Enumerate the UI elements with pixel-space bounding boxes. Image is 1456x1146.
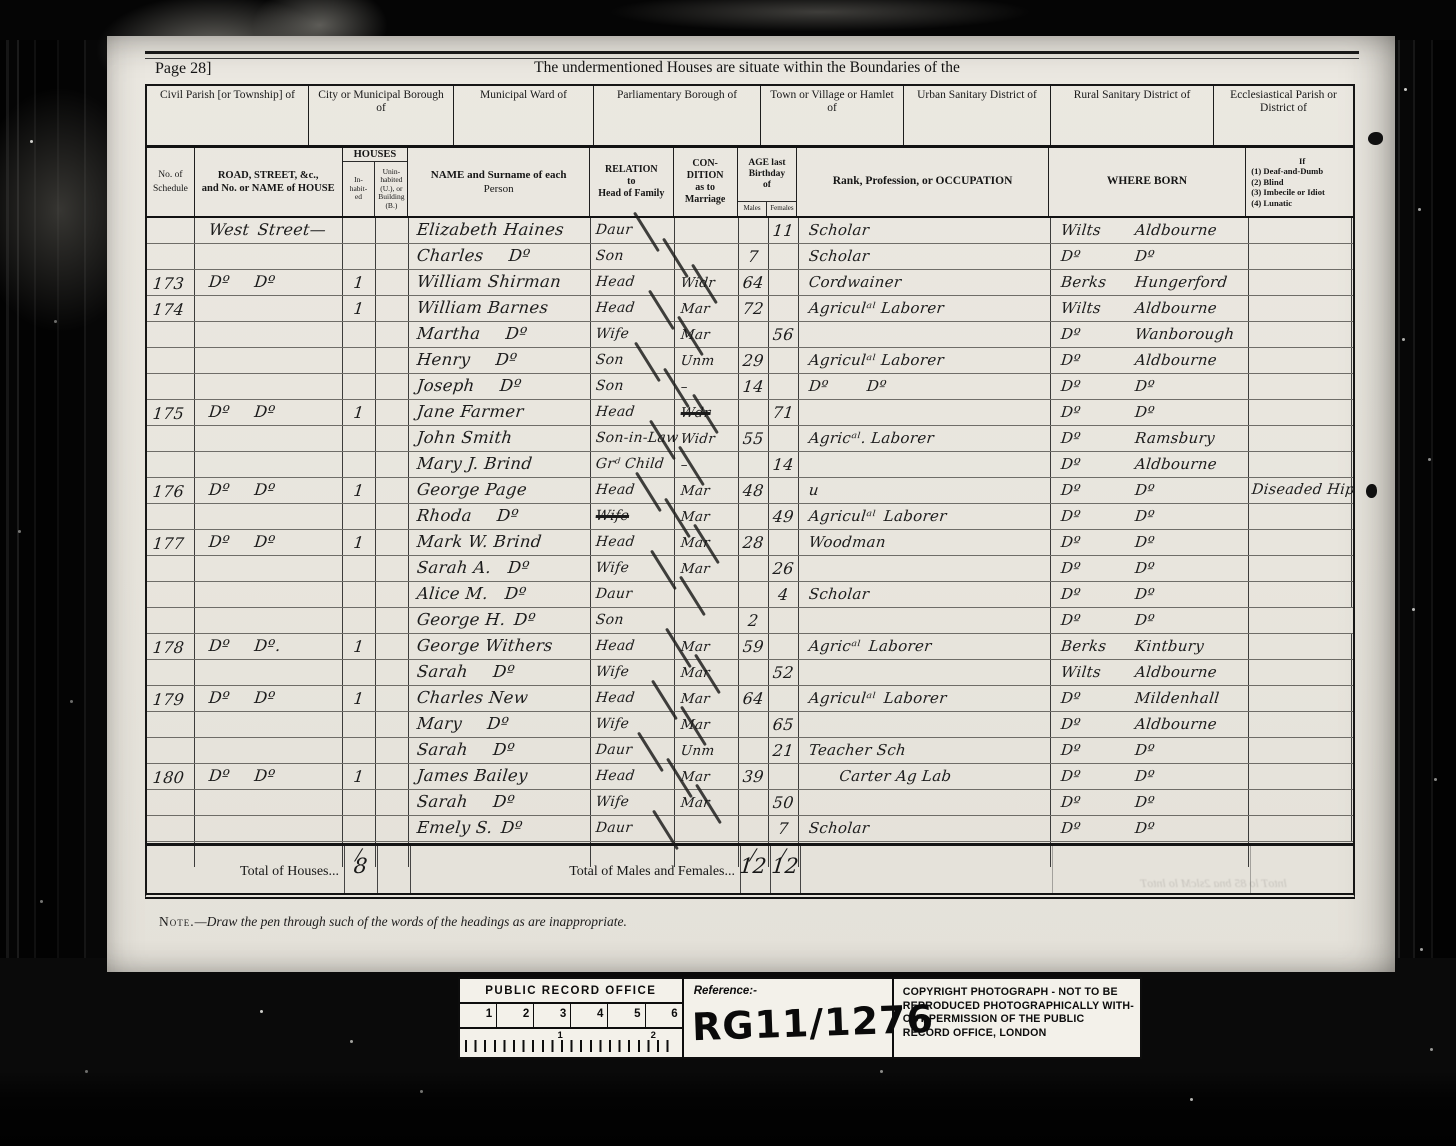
column-header-where-born: WHERE BORN <box>1049 148 1247 216</box>
cell-occ: Dº Dº <box>799 374 1051 399</box>
cell-rel: Son <box>591 348 675 373</box>
cell-cond: – <box>675 374 739 399</box>
pro-scale-box: PUBLIC RECORD OFFICE 123456 1 2 <box>460 979 682 1057</box>
cell-ageF <box>769 348 799 373</box>
houses-title: HOUSES <box>343 148 408 162</box>
cell-ageM <box>739 816 769 841</box>
cell-uninhab <box>376 478 409 503</box>
cell-ageM <box>739 452 769 477</box>
cell-occ: Woodman <box>799 530 1051 555</box>
cell-infirm <box>1249 790 1352 815</box>
cell-ageF <box>769 270 799 295</box>
cell-rel: Son-in-Law <box>591 426 675 451</box>
cell-name: Sarah A. Dº <box>409 556 591 581</box>
cell-road <box>195 608 343 633</box>
cell-born: DºMildenhall <box>1051 686 1249 711</box>
cell-inhab <box>343 816 376 841</box>
cell-inhab <box>343 504 376 529</box>
census-row-9: Mary J. BrindGrᵈ Child–14DºAldbourne <box>147 452 1353 478</box>
pro-office-name: PUBLIC RECORD OFFICE <box>460 979 682 1002</box>
district-header-1: City or Municipal Borough of <box>309 86 454 145</box>
cell-occ: Scholar <box>799 218 1051 243</box>
cell-ageF <box>769 634 799 659</box>
cell-sched <box>147 504 195 529</box>
cell-ageF: 52 <box>769 660 799 685</box>
cell-rel: Head <box>591 400 675 425</box>
cell-born: BerksHungerford <box>1051 270 1249 295</box>
cell-sched <box>147 556 195 581</box>
cell-road: West Street— <box>195 218 343 243</box>
cell-uninhab <box>376 270 409 295</box>
census-row-6: Joseph DºSon–14Dº DºDºDº <box>147 374 1353 400</box>
cell-ageM <box>739 582 769 607</box>
cell-uninhab <box>376 374 409 399</box>
cell-uninhab <box>376 218 409 243</box>
cell-sched <box>147 218 195 243</box>
cell-ageF <box>769 608 799 633</box>
cell-born: DºDº <box>1051 582 1249 607</box>
ruler-inch-1: 1 <box>558 1030 563 1041</box>
cell-road <box>195 348 343 373</box>
cell-ageF <box>769 764 799 789</box>
film-edge-top <box>0 0 1456 40</box>
cell-sched <box>147 608 195 633</box>
cell-occ <box>799 712 1051 737</box>
cell-occ <box>799 400 1051 425</box>
cell-ageM <box>739 556 769 581</box>
cell-cond: Unm <box>675 348 739 373</box>
cell-sched: 178 <box>147 634 195 659</box>
cell-cond: Mar <box>675 530 739 555</box>
cell-ageF <box>769 686 799 711</box>
cell-infirm <box>1249 400 1352 425</box>
total-houses-value: 8 <box>343 854 379 878</box>
cell-rel: Son <box>591 374 675 399</box>
cell-infirm <box>1249 426 1352 451</box>
cell-occ: Agriculᵃˡ Laborer <box>799 686 1051 711</box>
reference-label: Reference:- <box>694 985 757 997</box>
cell-infirm <box>1249 764 1352 789</box>
district-header-7: Ecclesiastical Parish or District of <box>1214 86 1353 145</box>
census-row-1: Charles DºSon7ScholarDºDº <box>147 244 1353 270</box>
cell-sched <box>147 452 195 477</box>
cell-born: DºDº <box>1051 738 1249 763</box>
film-specks-right <box>1404 88 1407 91</box>
cell-road <box>195 738 343 763</box>
cell-cond: Widr <box>675 270 739 295</box>
footnote-prefix: Note. <box>159 914 195 929</box>
copyright-text-line: RECORD OFFICE, LONDON <box>903 1027 1134 1041</box>
cell-ageF <box>769 530 799 555</box>
cell-cond: Mar <box>675 322 739 347</box>
cell-uninhab <box>376 790 409 815</box>
pro-ruler: 1 2 <box>460 1029 682 1057</box>
census-row-8: John SmithSon-in-LawWidr55Agricᵃˡ. Labor… <box>147 426 1353 452</box>
cell-infirm <box>1249 738 1352 763</box>
cell-inhab: 1 <box>343 530 376 555</box>
cell-road <box>195 660 343 685</box>
cell-rel: Head <box>591 686 675 711</box>
cell-cond <box>675 218 739 243</box>
cell-ageM <box>739 738 769 763</box>
cell-born: DºDº <box>1051 556 1249 581</box>
cell-ageF: 4 <box>769 582 799 607</box>
cell-rel: Daur <box>591 816 675 841</box>
cell-rel: Daur <box>591 218 675 243</box>
census-row-17: Sarah DºWifeMar52WiltsAldbourne <box>147 660 1353 686</box>
cell-cond: Unm <box>675 738 739 763</box>
form-title: The undermentioned Houses are situate wi… <box>463 59 1031 77</box>
cell-rel: Wife <box>591 790 675 815</box>
cell-infirm <box>1249 712 1352 737</box>
cell-ageM: 55 <box>739 426 769 451</box>
census-row-2: 173Dº Dº1William ShirmanHeadWidr64Cordwa… <box>147 270 1353 296</box>
cell-road: Dº Dº <box>195 478 343 503</box>
cell-born: BerksKintbury <box>1051 634 1249 659</box>
cell-name: William Barnes <box>409 296 591 321</box>
cell-uninhab <box>376 504 409 529</box>
cell-name: Charles Dº <box>409 244 591 269</box>
film-specks-bottom <box>260 1010 263 1013</box>
cell-occ: Agriculᵃˡ Laborer <box>799 504 1051 529</box>
column-header-males: Males <box>738 202 768 216</box>
total-females-value: 12 <box>769 854 802 878</box>
cell-ageF: 14 <box>769 452 799 477</box>
scale-number: 2 <box>497 1004 534 1027</box>
cell-ageM <box>739 712 769 737</box>
cell-name: George Page <box>409 478 591 503</box>
district-header-0: Civil Parish [or Township] of <box>147 86 309 145</box>
cell-sched: 173 <box>147 270 195 295</box>
cell-born: WiltsAldbourne <box>1051 660 1249 685</box>
cell-born: WiltsAldbourne <box>1051 296 1249 321</box>
cell-inhab: 1 <box>343 296 376 321</box>
cell-born: DºWanborough <box>1051 322 1249 347</box>
cell-ageF: 7 <box>769 816 799 841</box>
cell-ageM: 39 <box>739 764 769 789</box>
cell-inhab <box>343 660 376 685</box>
cell-inhab <box>343 608 376 633</box>
cell-occ: u <box>799 478 1051 503</box>
cell-ageM <box>739 790 769 815</box>
cell-born: DºRamsbury <box>1051 426 1249 451</box>
copyright-text-line: REPRODUCED PHOTOGRAPHICALLY WITH- <box>903 1000 1134 1014</box>
scale-number: 4 <box>571 1004 608 1027</box>
column-header-condition: CON-DITIONas toMarriage <box>674 148 738 216</box>
copyright-text-line: OUT PERMISSION OF THE PUBLIC <box>903 1013 1134 1027</box>
cell-inhab: 1 <box>343 764 376 789</box>
census-photograph: Page 28] The undermentioned Houses are s… <box>0 0 1456 1146</box>
cell-name: George Withers <box>409 634 591 659</box>
cell-occ: Agriculᵃˡ Laborer <box>799 296 1051 321</box>
cell-ageM <box>739 400 769 425</box>
cell-occ: Cordwainer <box>799 270 1051 295</box>
column-header-houses: HOUSES In-habit-ed Unin-habited(U.), orB… <box>343 148 409 216</box>
cell-name: Emely S. Dº <box>409 816 591 841</box>
ruler-inch-2: 2 <box>651 1030 656 1041</box>
ink-blot <box>1368 132 1383 145</box>
cell-infirm <box>1249 634 1352 659</box>
pro-copyright-box: COPYRIGHT PHOTOGRAPH - NOT TO BEREPRODUC… <box>892 979 1140 1057</box>
cell-infirm <box>1249 530 1352 555</box>
cell-road <box>195 244 343 269</box>
cell-ageM: 72 <box>739 296 769 321</box>
census-row-14: Alice M. DºDaur4ScholarDºDº <box>147 582 1353 608</box>
cell-name: Mark W. Brind <box>409 530 591 555</box>
cell-occ <box>799 608 1051 633</box>
cell-cond: Mar <box>675 478 739 503</box>
cell-infirm <box>1249 556 1352 581</box>
cell-name: James Bailey <box>409 764 591 789</box>
cell-inhab <box>343 790 376 815</box>
census-page: Page 28] The undermentioned Houses are s… <box>107 36 1395 972</box>
cell-uninhab <box>376 764 409 789</box>
scale-number: 3 <box>534 1004 571 1027</box>
cell-infirm <box>1249 270 1352 295</box>
cell-ageF: 26 <box>769 556 799 581</box>
totals-row: Total of Houses... 8 Total of Males and … <box>145 843 1355 899</box>
film-specks-left <box>30 140 33 143</box>
cell-name: George H. Dº <box>409 608 591 633</box>
cell-road <box>195 790 343 815</box>
cell-name: Alice M. Dº <box>409 582 591 607</box>
ink-blot <box>1366 484 1377 498</box>
column-header-band: No. ofSchedule ROAD, STREET, &c.,and No.… <box>145 148 1355 218</box>
census-row-5: Henry DºSonUnm29Agriculᵃˡ LaborerDºAldbo… <box>147 348 1353 374</box>
cell-name: Jane Farmer <box>409 400 591 425</box>
cell-born: DºAldbourne <box>1051 348 1249 373</box>
cell-ageM <box>739 660 769 685</box>
cell-sched <box>147 374 195 399</box>
cell-born: DºDº <box>1051 374 1249 399</box>
cell-road <box>195 582 343 607</box>
cell-ageM <box>739 218 769 243</box>
cell-name: Mary Dº <box>409 712 591 737</box>
census-row-11: Rhoda DºWifeMar49Agriculᵃˡ LaborerDºDº <box>147 504 1353 530</box>
cell-name: Sarah Dº <box>409 738 591 763</box>
cell-rel: Wife <box>591 660 675 685</box>
cell-rel: Head <box>591 478 675 503</box>
cell-inhab: 1 <box>343 270 376 295</box>
cell-infirm <box>1249 374 1352 399</box>
cell-born: DºDº <box>1051 244 1249 269</box>
cell-cond: Widr <box>675 426 739 451</box>
cell-ageM: 2 <box>739 608 769 633</box>
cell-sched: 177 <box>147 530 195 555</box>
cell-born: WiltsAldbourne <box>1051 218 1249 243</box>
cell-sched <box>147 790 195 815</box>
cell-ageM <box>739 322 769 347</box>
cell-ageF: 56 <box>769 322 799 347</box>
census-row-15: George H. DºSon2DºDº <box>147 608 1353 634</box>
cell-inhab: 1 <box>343 634 376 659</box>
cell-uninhab <box>376 426 409 451</box>
cell-name: Henry Dº <box>409 348 591 373</box>
cell-ageF: 71 <box>769 400 799 425</box>
cell-occ: Teacher Sch <box>799 738 1051 763</box>
cell-name: Joseph Dº <box>409 374 591 399</box>
cell-born: DºAldbourne <box>1051 452 1249 477</box>
cell-name: Sarah Dº <box>409 660 591 685</box>
cell-name: Charles New <box>409 686 591 711</box>
cell-occ: Agricᵃˡ Laborer <box>799 634 1051 659</box>
scale-number: 5 <box>608 1004 645 1027</box>
cell-rel: Son <box>591 608 675 633</box>
cell-uninhab <box>376 296 409 321</box>
cell-uninhab <box>376 322 409 347</box>
cell-born: DºDº <box>1051 530 1249 555</box>
cell-inhab <box>343 322 376 347</box>
cell-infirm <box>1249 608 1352 633</box>
cell-sched <box>147 348 195 373</box>
cell-sched <box>147 582 195 607</box>
census-row-13: Sarah A. DºWifeMar26DºDº <box>147 556 1353 582</box>
cell-ageF: 50 <box>769 790 799 815</box>
cell-occ <box>799 660 1051 685</box>
cell-cond: – <box>675 452 739 477</box>
cell-inhab <box>343 426 376 451</box>
district-header-4: Town or Village or Hamlet of <box>761 86 904 145</box>
column-header-schedule: No. ofSchedule <box>147 148 195 216</box>
cell-ageM: 14 <box>739 374 769 399</box>
cell-inhab <box>343 712 376 737</box>
cell-inhab <box>343 452 376 477</box>
cell-ageM: 48 <box>739 478 769 503</box>
census-row-0: West Street—Elizabeth HainesDaur11Schola… <box>147 218 1353 244</box>
cell-uninhab <box>376 244 409 269</box>
district-header-band: Civil Parish [or Township] ofCity or Mun… <box>145 84 1355 148</box>
cell-name: William Shirman <box>409 270 591 295</box>
cell-inhab <box>343 244 376 269</box>
cell-uninhab <box>376 348 409 373</box>
cell-occ <box>799 790 1051 815</box>
cell-infirm <box>1249 218 1352 243</box>
cell-rel: Head <box>591 530 675 555</box>
cell-road <box>195 556 343 581</box>
cell-occ <box>799 556 1051 581</box>
cell-inhab: 1 <box>343 686 376 711</box>
cell-road: Dº Dº <box>195 400 343 425</box>
cell-name: Rhoda Dº <box>409 504 591 529</box>
cell-uninhab <box>376 400 409 425</box>
cell-infirm <box>1249 686 1352 711</box>
cell-ageF <box>769 426 799 451</box>
column-header-inhabited: In-habit-ed <box>343 162 376 216</box>
ruler-ticks <box>465 1040 674 1052</box>
cell-occ <box>799 322 1051 347</box>
cell-infirm <box>1249 582 1352 607</box>
column-header-name: NAME and Surname of eachPerson <box>408 148 590 216</box>
cell-road <box>195 504 343 529</box>
cell-occ: Agriculᵃˡ Laborer <box>799 348 1051 373</box>
district-header-3: Parliamentary Borough of <box>594 86 761 145</box>
cell-cond: Mar <box>675 556 739 581</box>
census-row-12: 177Dº Dº1Mark W. BrindHeadMar28WoodmanDº… <box>147 530 1353 556</box>
census-row-21: 180Dº Dº1James BaileyHeadMar39 Carter Ag… <box>147 764 1353 790</box>
column-header-occupation: Rank, Profession, or OCCUPATION <box>797 148 1048 216</box>
cell-born: DºDº <box>1051 816 1249 841</box>
column-header-infirmity: If(1) Deaf-and-Dumb(2) Blind(3) Imbecile… <box>1246 148 1353 216</box>
cell-sched: 180 <box>147 764 195 789</box>
cell-ageF <box>769 478 799 503</box>
cell-uninhab <box>376 530 409 555</box>
cell-name: Elizabeth Haines <box>409 218 591 243</box>
scale-number: 6 <box>646 1004 682 1027</box>
cell-sched <box>147 738 195 763</box>
cell-cond: Wdr <box>675 400 739 425</box>
district-header-2: Municipal Ward of <box>454 86 594 145</box>
cell-uninhab <box>376 582 409 607</box>
column-header-females: Females <box>767 202 796 216</box>
cell-rel: Wife <box>591 712 675 737</box>
cell-uninhab <box>376 660 409 685</box>
cell-infirm <box>1249 348 1352 373</box>
cell-sched: 176 <box>147 478 195 503</box>
census-row-10: 176Dº Dº1George PageHeadMar48uDºDºDisead… <box>147 478 1353 504</box>
cell-cond: Mar <box>675 660 739 685</box>
column-header-age: AGE lastBirthdayof Males Females <box>738 148 798 216</box>
total-males-females-label: Total of Males and Females... <box>487 864 735 880</box>
cell-uninhab <box>376 712 409 737</box>
cell-inhab: 1 <box>343 400 376 425</box>
cell-ageM: 64 <box>739 270 769 295</box>
cell-born: DºDº <box>1051 608 1249 633</box>
cell-inhab <box>343 556 376 581</box>
column-header-uninhabited: Unin-habited(U.), orBuilding(B.) <box>375 162 407 216</box>
scale-number: 1 <box>460 1004 497 1027</box>
cell-name: Martha Dº <box>409 322 591 347</box>
cell-name: Sarah Dº <box>409 790 591 815</box>
cell-inhab <box>343 738 376 763</box>
top-rule <box>145 51 1359 59</box>
cell-inhab <box>343 374 376 399</box>
column-header-road: ROAD, STREET, &c.,and No. or NAME of HOU… <box>195 148 343 216</box>
cell-ageM: 64 <box>739 686 769 711</box>
cell-ageF <box>769 244 799 269</box>
cell-inhab: 1 <box>343 478 376 503</box>
cell-uninhab <box>376 686 409 711</box>
column-header-relation: RELATIONtoHead of Family <box>590 148 674 216</box>
cell-road <box>195 374 343 399</box>
cell-road: Dº Dº <box>195 764 343 789</box>
footnote-text: —Draw the pen through such of the words … <box>195 914 627 929</box>
cell-ageM: 7 <box>739 244 769 269</box>
cell-uninhab <box>376 816 409 841</box>
cell-sched <box>147 816 195 841</box>
cell-rel: Wife <box>591 504 675 529</box>
cell-inhab <box>343 582 376 607</box>
cell-born: DºDº <box>1051 400 1249 425</box>
footnote: Note.—Draw the pen through such of the w… <box>159 914 627 930</box>
cell-rel: Daur <box>591 738 675 763</box>
page-number: Page 28] <box>155 60 211 78</box>
cell-name: John Smith <box>409 426 591 451</box>
cell-road <box>195 426 343 451</box>
pro-reference-box: Reference:- RG11/1276 <box>682 979 892 1057</box>
cell-uninhab <box>376 452 409 477</box>
cell-ageF <box>769 374 799 399</box>
cell-road <box>195 712 343 737</box>
cell-road: Dº Dº. <box>195 634 343 659</box>
cell-occ: Scholar <box>799 582 1051 607</box>
cell-occ: Agricᵃˡ. Laborer <box>799 426 1051 451</box>
cell-sched: 179 <box>147 686 195 711</box>
total-houses-label: Total of Houses... <box>167 864 339 880</box>
cell-inhab <box>343 348 376 373</box>
cell-cond <box>675 608 739 633</box>
cell-rel: Daur <box>591 582 675 607</box>
cell-ageF: 49 <box>769 504 799 529</box>
